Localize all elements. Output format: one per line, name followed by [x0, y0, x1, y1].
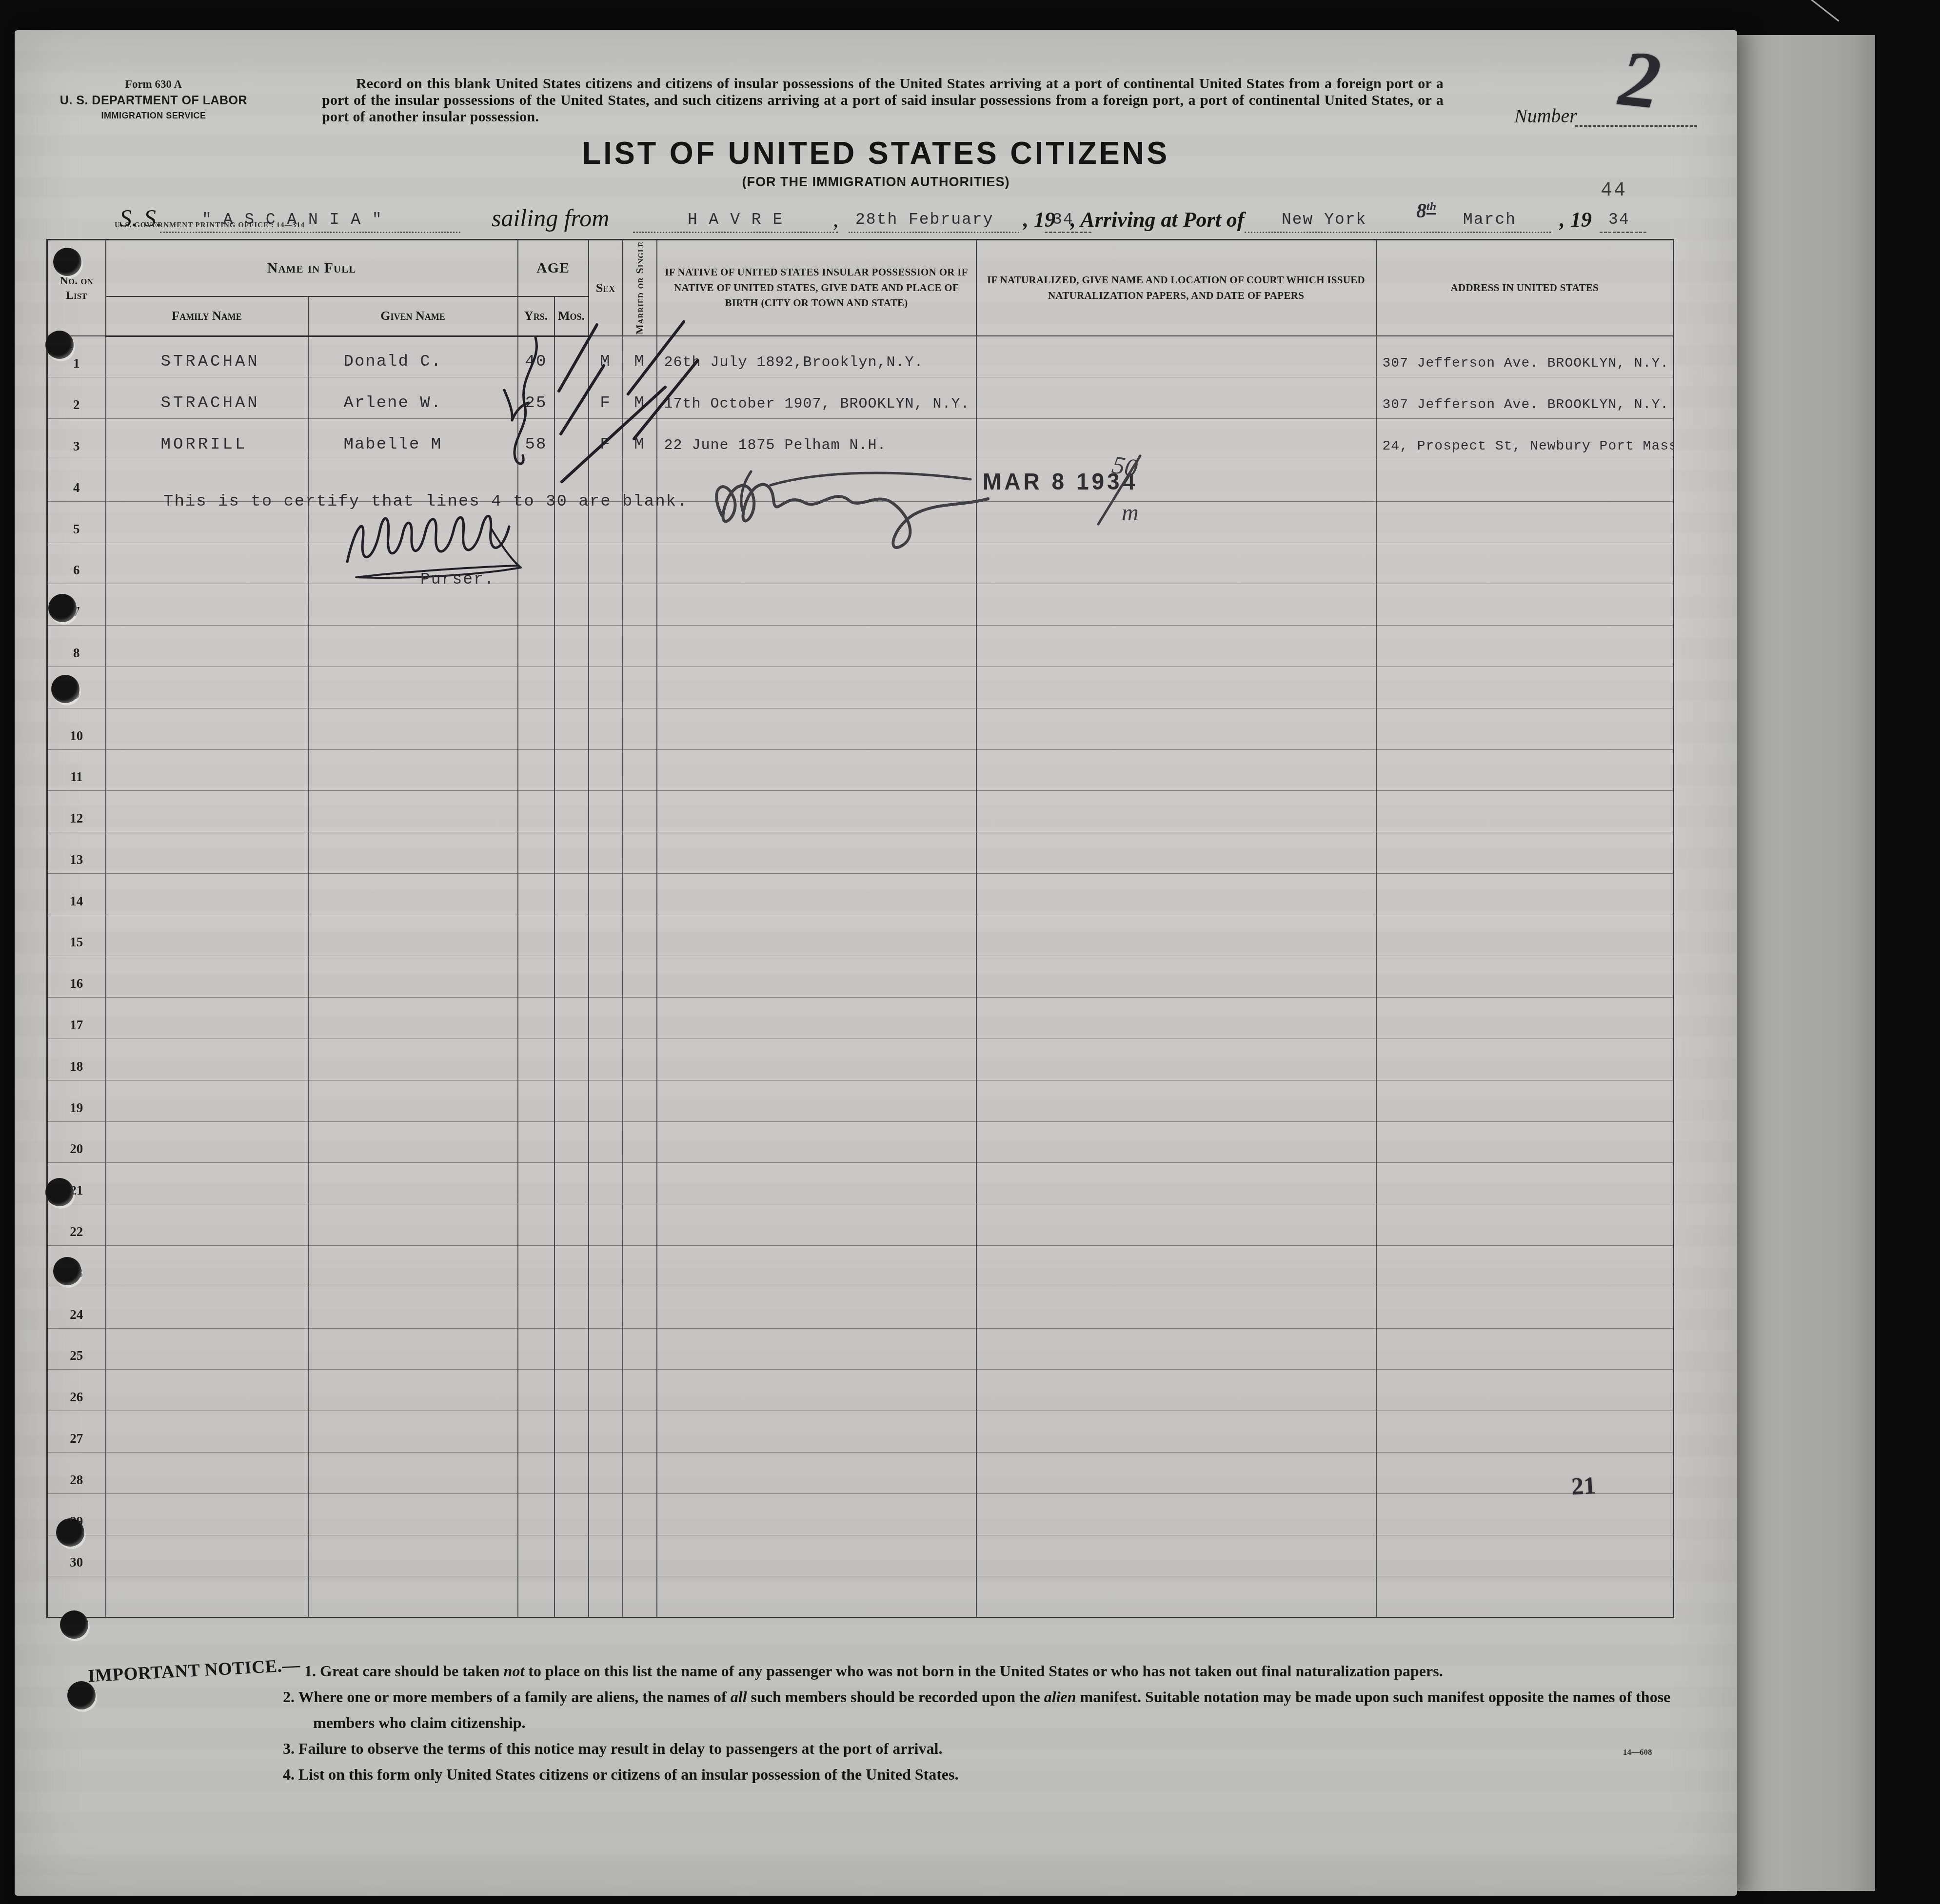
cell-address	[1376, 791, 1674, 832]
cell-sex	[589, 460, 623, 501]
cell-naturalized	[976, 1039, 1376, 1080]
cell-family	[106, 873, 308, 915]
cell-yrs	[518, 1493, 554, 1535]
cell-naturalized	[976, 1411, 1376, 1453]
table-row: 8	[47, 626, 1674, 667]
cell-no: 18	[47, 1039, 106, 1080]
cell-mos	[554, 1453, 589, 1494]
table-row: 18	[47, 1039, 1674, 1080]
cell-mos	[554, 1493, 589, 1535]
cell-mos	[554, 336, 589, 377]
table-row: 10	[47, 708, 1674, 749]
cell-given	[308, 915, 518, 956]
cell-sex	[589, 1370, 623, 1411]
cell-birth	[657, 1453, 976, 1494]
cell-family	[106, 1039, 308, 1080]
cell-given	[308, 708, 518, 749]
cell-mos	[554, 1246, 589, 1287]
cell-married	[623, 626, 657, 667]
cell-naturalized	[976, 667, 1376, 708]
cell-family	[106, 1411, 308, 1453]
notice-item-3-num: 3.	[283, 1740, 295, 1757]
cell-birth	[657, 543, 976, 584]
cell-married	[623, 667, 657, 708]
cell-sex	[589, 1411, 623, 1453]
col-header-family-name: Family Name	[106, 296, 308, 336]
number-label: Number	[1514, 104, 1577, 127]
cell-mos	[554, 1121, 589, 1163]
cell-family	[106, 956, 308, 998]
handwritten-arrival-day: 8th	[1416, 199, 1436, 223]
cell-sex: F	[589, 419, 623, 460]
cell-family	[106, 1204, 308, 1246]
cell-birth	[657, 1039, 976, 1080]
hole-punch-icon	[53, 248, 81, 276]
cell-family	[106, 1453, 308, 1494]
cell-yrs	[518, 1453, 554, 1494]
cell-naturalized	[976, 543, 1376, 584]
cell-family	[106, 1121, 308, 1163]
page-title: LIST OF UNITED STATES CITIZENS	[15, 135, 1737, 172]
cell-given	[308, 1328, 518, 1370]
cell-address	[1376, 1576, 1674, 1618]
notice-line-1: IMPORTANT NOTICE.— 1. Great care should …	[88, 1658, 1697, 1684]
cell-mos	[554, 956, 589, 998]
table-row: 17	[47, 998, 1674, 1039]
cell-mos	[554, 626, 589, 667]
agency-block: Form 630 A U. S. DEPARTMENT OF LABOR IMM…	[49, 78, 258, 121]
cell-birth	[657, 915, 976, 956]
hole-punch-icon	[45, 1178, 74, 1206]
table-row: 20	[47, 1121, 1674, 1163]
cell-married	[623, 1370, 657, 1411]
cell-birth	[657, 584, 976, 626]
cell-married	[623, 832, 657, 874]
cell-naturalized	[976, 708, 1376, 749]
cell-sex	[589, 584, 623, 626]
cell-yrs: 58	[518, 419, 554, 460]
table-row: 24	[47, 1287, 1674, 1328]
cell-naturalized	[976, 460, 1376, 501]
cell-married	[623, 1121, 657, 1163]
cell-sex	[589, 1328, 623, 1370]
cell-mos	[554, 832, 589, 874]
cell-mos	[554, 460, 589, 501]
arrival-port: New York	[1282, 211, 1366, 229]
cell-mos	[554, 543, 589, 584]
cell-sex	[589, 832, 623, 874]
cell-yrs	[518, 1370, 554, 1411]
cell-family: STRACHAN	[106, 336, 308, 377]
table-row: 28	[47, 1453, 1674, 1494]
cell-naturalized	[976, 1535, 1376, 1576]
cell-naturalized	[976, 626, 1376, 667]
table-row: 23	[47, 1246, 1674, 1287]
cell-sex	[589, 749, 623, 791]
cell-no: 6	[47, 543, 106, 584]
cell-address	[1376, 1287, 1674, 1328]
cell-birth	[657, 956, 976, 998]
cell-family: STRACHAN	[106, 377, 308, 419]
notice-item-3: 3. Failure to observe the terms of this …	[283, 1736, 1697, 1762]
cell-given	[308, 1453, 518, 1494]
cell-sex	[589, 1163, 623, 1204]
cell-address	[1376, 1328, 1674, 1370]
cell-birth	[657, 1576, 976, 1618]
cell-no: 15	[47, 915, 106, 956]
cell-family	[106, 791, 308, 832]
cell-no: 24	[47, 1287, 106, 1328]
cell-naturalized	[976, 998, 1376, 1039]
cell-family	[106, 1493, 308, 1535]
cell-mos	[554, 791, 589, 832]
cell-given	[308, 1080, 518, 1121]
form-id: Form 630 A	[49, 78, 258, 91]
table-row: 5	[47, 501, 1674, 543]
notice-label: IMPORTANT NOTICE.—	[87, 1652, 301, 1689]
cell-given	[308, 1535, 518, 1576]
cell-sex	[589, 1287, 623, 1328]
cell-family	[106, 543, 308, 584]
table-row: 29	[47, 1493, 1674, 1535]
cell-birth	[657, 873, 976, 915]
cell-given	[308, 1246, 518, 1287]
departure-date: 28th February	[855, 211, 993, 229]
voyage-line: S. S. " A S C A N I A " sailing from H A…	[98, 187, 1726, 236]
cell-yrs	[518, 749, 554, 791]
cell-no: 11	[47, 749, 106, 791]
cell-yrs	[518, 501, 554, 543]
cell-birth	[657, 1080, 976, 1121]
comma: ,	[833, 207, 838, 232]
table-row: 11	[47, 749, 1674, 791]
cell-given	[308, 626, 518, 667]
table-row: 6	[47, 543, 1674, 584]
cell-yrs	[518, 543, 554, 584]
cell-family	[106, 915, 308, 956]
table-row: 7	[47, 584, 1674, 626]
cell-birth	[657, 1411, 976, 1453]
cell-given	[308, 1039, 518, 1080]
cell-married	[623, 915, 657, 956]
cell-birth	[657, 1121, 976, 1163]
cell-married: M	[623, 377, 657, 419]
cell-given	[308, 460, 518, 501]
cell-sex	[589, 626, 623, 667]
cell-naturalized	[976, 419, 1376, 460]
cell-mos	[554, 1370, 589, 1411]
cell-sex	[589, 1204, 623, 1246]
hole-punch-icon	[48, 594, 77, 622]
cell-married	[623, 956, 657, 998]
printed-19-arrival: , 19	[1560, 207, 1592, 232]
cell-married	[623, 1204, 657, 1246]
cell-family	[106, 1535, 308, 1576]
cell-address	[1376, 501, 1674, 543]
cell-mos	[554, 1287, 589, 1328]
notice-item-2-num: 2.	[283, 1688, 295, 1706]
cell-married	[623, 708, 657, 749]
cell-address	[1376, 1370, 1674, 1411]
cell-family	[106, 501, 308, 543]
col-header-age: AGE	[518, 240, 589, 296]
col-header-married-or-single: Married or Single	[623, 240, 657, 336]
cell-address	[1376, 1080, 1674, 1121]
gpo-print-code: U. S. GOVERNMENT PRINTING OFFICE : 14—31…	[115, 221, 305, 230]
col-header-given-name: Given Name	[308, 296, 518, 336]
cell-no: 17	[47, 998, 106, 1039]
cell-mos	[554, 501, 589, 543]
cell-married	[623, 543, 657, 584]
cell-sex	[589, 998, 623, 1039]
cell-birth: 22 June 1875 Pelham N.H.	[657, 419, 976, 460]
cell-given	[308, 956, 518, 998]
cell-family	[106, 626, 308, 667]
arrival-day-suffix: th	[1426, 200, 1436, 215]
cell-yrs	[518, 956, 554, 998]
manifest-page: Form 630 A U. S. DEPARTMENT OF LABOR IMM…	[15, 30, 1737, 1896]
cell-naturalized	[976, 1204, 1376, 1246]
cell-sex	[589, 915, 623, 956]
cell-no: 2	[47, 377, 106, 419]
cell-address	[1376, 1453, 1674, 1494]
cell-given	[308, 584, 518, 626]
cell-given	[308, 501, 518, 543]
cell-no: 22	[47, 1204, 106, 1246]
cell-address	[1376, 749, 1674, 791]
cell-naturalized	[976, 1493, 1376, 1535]
notice-item-1-num: 1.	[304, 1662, 316, 1680]
cell-married	[623, 749, 657, 791]
cell-sex	[589, 1246, 623, 1287]
table-row: 15	[47, 915, 1674, 956]
cell-no: 5	[47, 501, 106, 543]
cell-no: 3	[47, 419, 106, 460]
cell-naturalized	[976, 1370, 1376, 1411]
table-row: 12	[47, 791, 1674, 832]
cell-married	[623, 460, 657, 501]
cell-sex: F	[589, 377, 623, 419]
cell-yrs	[518, 708, 554, 749]
table-row: 9	[47, 667, 1674, 708]
cell-naturalized	[976, 832, 1376, 874]
cell-married: M	[623, 419, 657, 460]
cell-address	[1376, 1535, 1674, 1576]
table-row: 19	[47, 1080, 1674, 1121]
cell-mos	[554, 584, 589, 626]
cell-given	[308, 791, 518, 832]
cell-sex	[589, 956, 623, 998]
cell-sex	[589, 1453, 623, 1494]
cell-address	[1376, 956, 1674, 998]
cell-birth	[657, 460, 976, 501]
cell-yrs	[518, 667, 554, 708]
cell-address	[1376, 1246, 1674, 1287]
cell-address	[1376, 1411, 1674, 1453]
cell-naturalized	[976, 1246, 1376, 1287]
cell-no: 12	[47, 791, 106, 832]
cell-no: 16	[47, 956, 106, 998]
cell-birth	[657, 1287, 976, 1328]
cell-birth: 17th October 1907, BROOKLYN, N.Y.	[657, 377, 976, 419]
cell-sex	[589, 1576, 623, 1618]
arrival-year: 34	[1608, 211, 1630, 229]
cell-address	[1376, 873, 1674, 915]
scanned-document: Form 630 A U. S. DEPARTMENT OF LABOR IMM…	[0, 0, 1940, 1904]
cell-birth	[657, 1246, 976, 1287]
form-instructions: Record on this blank United States citiz…	[322, 76, 1444, 125]
cell-given	[308, 543, 518, 584]
cell-given	[308, 998, 518, 1039]
cell-given	[308, 1204, 518, 1246]
cell-sex	[589, 708, 623, 749]
cell-sex	[589, 543, 623, 584]
cell-mos	[554, 1204, 589, 1246]
cell-address	[1376, 832, 1674, 874]
cell-sex	[589, 1535, 623, 1576]
cell-given	[308, 1411, 518, 1453]
cell-naturalized	[976, 336, 1376, 377]
cell-given	[308, 873, 518, 915]
arrival-port-blank: New York 8th March	[1245, 204, 1551, 233]
cell-address: 24, Prospect St, Newbury Port Mass.	[1376, 419, 1674, 460]
cell-mos	[554, 1411, 589, 1453]
table-row: 16	[47, 956, 1674, 998]
cell-married	[623, 1039, 657, 1080]
cell-naturalized	[976, 1576, 1376, 1618]
cell-married	[623, 998, 657, 1039]
cell-no: 13	[47, 832, 106, 874]
cell-birth	[657, 1370, 976, 1411]
cell-given: Donald C.	[308, 336, 518, 377]
departure-port: H A V R E	[688, 211, 783, 229]
cell-family	[106, 998, 308, 1039]
cell-yrs	[518, 832, 554, 874]
hole-punch-icon	[53, 1257, 81, 1285]
cell-married	[623, 1453, 657, 1494]
hole-punch-icon	[56, 1518, 84, 1547]
cell-birth	[657, 667, 976, 708]
cell-family	[106, 1576, 308, 1618]
cell-naturalized	[976, 749, 1376, 791]
cell-no: 10	[47, 708, 106, 749]
col-header-address: ADDRESS IN UNITED STATES	[1376, 240, 1674, 336]
scan-scratch	[1804, 0, 1840, 21]
table-row: 13	[47, 832, 1674, 874]
cell-birth	[657, 626, 976, 667]
cell-birth	[657, 832, 976, 874]
cell-no: 20	[47, 1121, 106, 1163]
cell-yrs	[518, 1287, 554, 1328]
arrival-month: March	[1463, 211, 1516, 229]
cell-address	[1376, 998, 1674, 1039]
cell-given	[308, 1163, 518, 1204]
cell-mos	[554, 998, 589, 1039]
cell-yrs	[518, 460, 554, 501]
cell-naturalized	[976, 915, 1376, 956]
col-header-name-in-full: Name in Full	[106, 240, 518, 296]
notice-item-4-num: 4.	[283, 1766, 295, 1783]
department-name: U. S. DEPARTMENT OF LABOR	[49, 94, 258, 108]
cell-naturalized	[976, 1163, 1376, 1204]
cell-naturalized	[976, 501, 1376, 543]
cell-address	[1376, 1163, 1674, 1204]
cell-sex	[589, 667, 623, 708]
cell-married	[623, 501, 657, 543]
cell-sex	[589, 501, 623, 543]
cell-mos	[554, 873, 589, 915]
cell-yrs	[518, 584, 554, 626]
cell-family	[106, 1246, 308, 1287]
cell-married	[623, 1535, 657, 1576]
table-row: 1STRACHANDonald C.40MM26th July 1892,Bro…	[47, 336, 1674, 377]
cell-birth	[657, 1328, 976, 1370]
cell-mos	[554, 1039, 589, 1080]
cell-no: 27	[47, 1411, 106, 1453]
cell-yrs	[518, 1039, 554, 1080]
cell-yrs	[518, 1328, 554, 1370]
cell-sex	[589, 1493, 623, 1535]
cell-birth	[657, 1535, 976, 1576]
cell-mos	[554, 1080, 589, 1121]
cell-naturalized	[976, 1121, 1376, 1163]
cell-family	[106, 1080, 308, 1121]
cell-no: 28	[47, 1453, 106, 1494]
cell-address	[1376, 1204, 1674, 1246]
cell-sex	[589, 791, 623, 832]
cell-birth	[657, 501, 976, 543]
adjacent-page-edge	[1737, 35, 1875, 1891]
cell-yrs	[518, 1204, 554, 1246]
cell-birth	[657, 998, 976, 1039]
cell-mos	[554, 1163, 589, 1204]
cell-family	[106, 667, 308, 708]
cell-naturalized	[976, 791, 1376, 832]
cell-family	[106, 1370, 308, 1411]
cell-no: 25	[47, 1328, 106, 1370]
cell-married	[623, 1576, 657, 1618]
cell-given	[308, 749, 518, 791]
cell-mos	[554, 749, 589, 791]
cell-married	[623, 1328, 657, 1370]
cell-address: 307 Jefferson Ave. BROOKLYN, N.Y.	[1376, 336, 1674, 377]
cell-sex	[589, 1039, 623, 1080]
cell-address	[1376, 626, 1674, 667]
cell-yrs	[518, 1535, 554, 1576]
cell-yrs	[518, 915, 554, 956]
bottom-print-code: 14—608	[1623, 1747, 1652, 1757]
cell-married	[623, 1287, 657, 1328]
cell-mos	[554, 1328, 589, 1370]
cell-naturalized	[976, 1328, 1376, 1370]
cell-yrs: 40	[518, 336, 554, 377]
cell-address	[1376, 1493, 1674, 1535]
cell-address: 307 Jefferson Ave. BROOKLYN, N.Y.	[1376, 377, 1674, 419]
notice-item-2: 2. Where one or more members of a family…	[283, 1684, 1697, 1736]
hole-punch-icon	[60, 1610, 88, 1639]
cell-mos	[554, 419, 589, 460]
table-row: 30	[47, 1535, 1674, 1576]
col-header-sex: Sex	[589, 240, 623, 336]
cell-yrs	[518, 1121, 554, 1163]
cell-naturalized	[976, 584, 1376, 626]
cell-family	[106, 832, 308, 874]
passenger-table: No. on List Name in Full AGE Sex Married…	[46, 239, 1674, 1618]
cell-birth	[657, 708, 976, 749]
cell-naturalized	[976, 377, 1376, 419]
cell-yrs	[518, 1080, 554, 1121]
arrival-year-blank: 34	[1600, 204, 1646, 233]
